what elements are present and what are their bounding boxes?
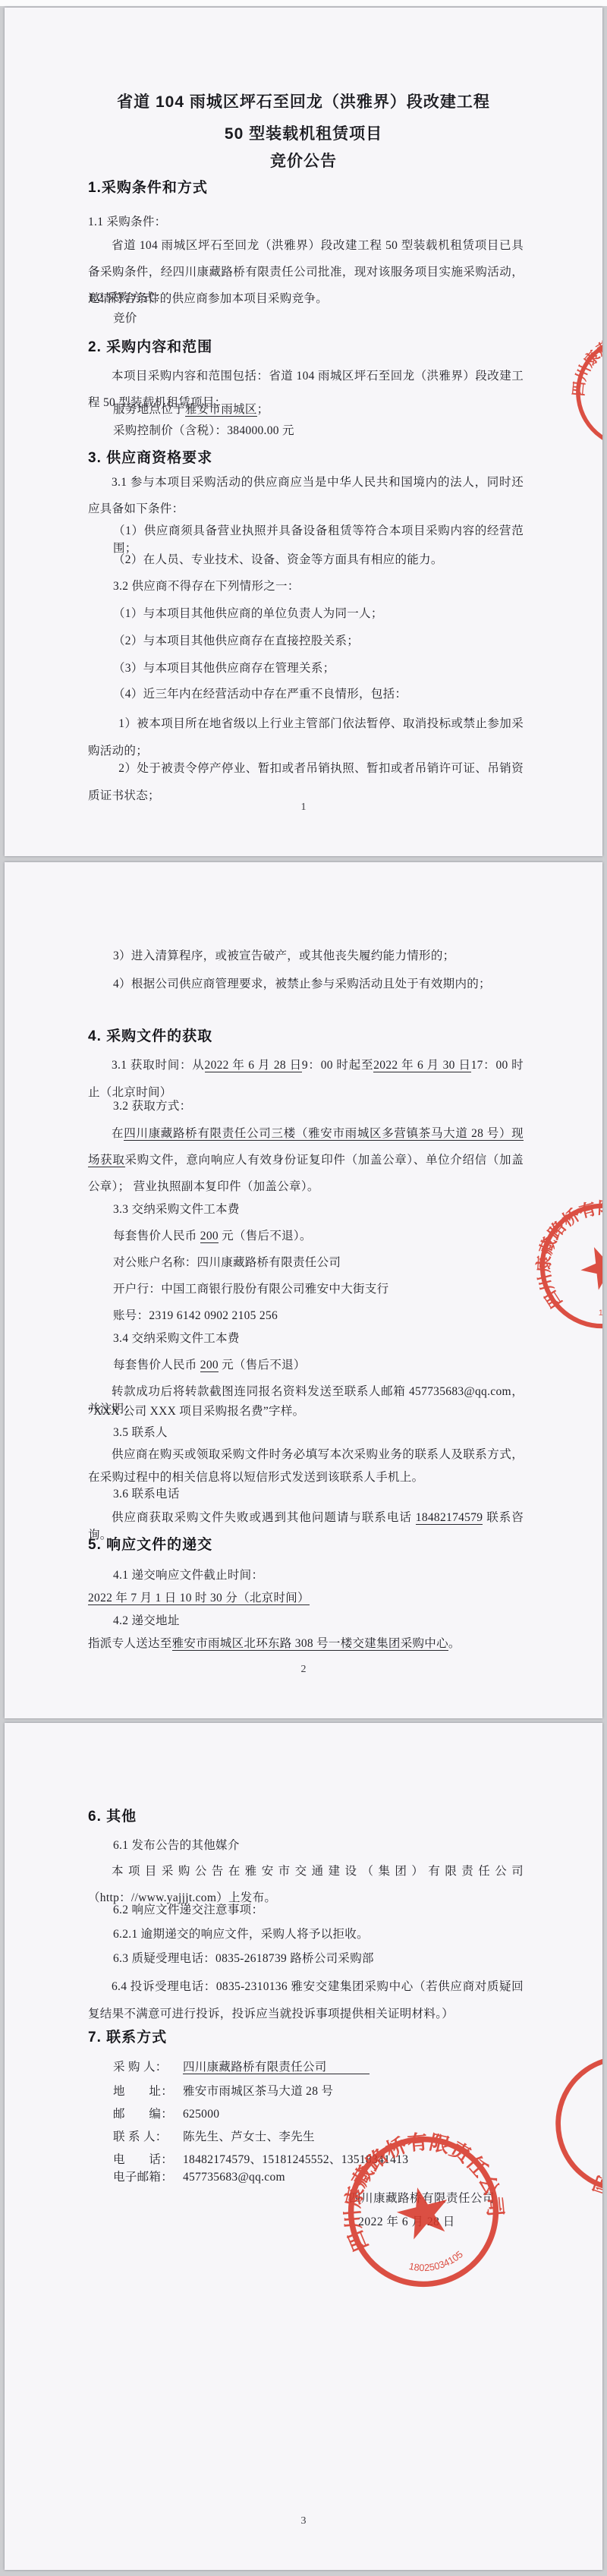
fee2-line: 每套售价人民币 200 元（售后不退） (88, 1356, 524, 1374)
section1-heading: 1.采购条件和方式 (88, 176, 521, 197)
signature-date: 2022 年 6 月 28 日 (293, 2212, 521, 2229)
obtain-time-start-date: 2022 年 6 月 28 日 (205, 1059, 302, 1072)
obtain-time-prefix: 3.1 获取时间：从 (112, 1059, 205, 1072)
section7-heading: 7. 联系方式 (88, 2026, 521, 2046)
svg-text:四川康藏路桥有限责任公司: 四川康藏路桥有限责任公司 (590, 2046, 602, 2208)
svg-text:四川康藏路桥有限责任公司: 四川康藏路桥有限责任公司 (568, 320, 602, 424)
section4-6-label: 3.6 联系电话 (88, 1485, 524, 1503)
late-submission-line: 6.2.1 逾期递交的响应文件，采购人将予以拒收。 (88, 1926, 524, 1943)
section5-heading: 5. 响应文件的递交 (88, 1533, 521, 1554)
seal-company-arc-text: 四川康藏路桥有限责任公司 (590, 2046, 602, 2208)
forbidden-case3: （3）与本项目其他供应商存在管理关系； (88, 660, 524, 677)
zip-value: 625000 (183, 2108, 219, 2121)
fee1-line: 每套售价人民币 200 元（售后不退）。 (88, 1227, 524, 1245)
forbidden-case1: （1）与本项目其他供应商的单位负责人为同一人； (88, 605, 524, 622)
delivery-underlined: 雅安市雨城区北环东路 308 号一楼交建集团采购中心 (172, 1637, 448, 1651)
section4-5-label: 3.5 联系人 (88, 1424, 524, 1441)
section5-2-label: 4.2 递交地址 (88, 1612, 524, 1630)
company-seal-partial-page1: 四川康藏路桥有限责任公司 18025034105 (559, 320, 602, 465)
section6-1-label: 6.1 发布公告的其他媒介 (88, 1837, 524, 1854)
company-seal-partial-page2: 四川康藏路桥有限责任公司 18025034105 (514, 1178, 602, 1354)
seal-company-arc-text: 四川康藏路桥有限责任公司 (568, 320, 602, 424)
section6-2-label: 6.2 响应文件递交注意事项： (88, 1901, 524, 1919)
page1-number: 1 (5, 801, 602, 814)
forbidden-sub3: 3）进入清算程序，或被宣告破产，或其他丧失履约能力情形的； (88, 947, 524, 965)
seal-star-icon (574, 1239, 602, 1294)
obtain-method-suffix: 采购文件，意向响应人有效身份证复印件（加盖公章）、单位介绍信（加盖公章）； 营业… (88, 1154, 524, 1193)
section4-3-label: 3.3 交纳采购文件工本费 (88, 1201, 524, 1218)
phone-label: 电 话： (113, 2151, 183, 2168)
obtain-method-paragraph: 在四川康藏路桥有限责任公司三楼（雅安市雨城区多营镇茶马大道 28 号）现场获取采… (88, 1120, 524, 1200)
section4-heading: 4. 采购文件的获取 (88, 1025, 521, 1045)
fee2-suffix: 元（售后不退） (219, 1359, 306, 1371)
buyer-row: 采 购 人：四川康藏路桥有限责任公司 (88, 2058, 524, 2076)
delivery-prefix: 指派专人送达至 (88, 1637, 172, 1650)
forbidden-case4: （4）近三年内在经营活动中存在严重不良情形，包括： (88, 685, 524, 703)
doc-title-line3: 竞价公告 (5, 149, 602, 172)
phone-row: 电 话：18482174579、15181245552、13518341413 (88, 2151, 524, 2168)
forbidden-case2: （2）与本项目其他供应商存在直接控股关系； (88, 632, 524, 650)
section1-2-label: 1.2 采购方式： (88, 289, 524, 307)
delivery-address-line: 指派专人送达至雅安市雨城区北环东路 308 号一楼交建集团采购中心。 (88, 1635, 524, 1652)
fee1-prefix: 每套售价人民币 (113, 1230, 200, 1242)
seal-company-arc-text: 四川康藏路桥有限责任公司 (514, 1178, 602, 1312)
contact-row: 联 系 人：陈先生、芦女士、李先生 (88, 2128, 524, 2146)
email-value: 457735683@qq.com (183, 2171, 285, 2184)
address-row: 地 址：雅安市雨城区茶马大道 28 号 (88, 2083, 524, 2100)
doc-title-line2: 50 型装载机租赁项目 (5, 121, 602, 144)
service-location-line: 服务地点位于雅安市雨城区； (88, 401, 524, 418)
document-page-1: 省道 104 雨城区坪石至回龙（洪雅界）段改建工程 50 型装载机租赁项目 竞价… (5, 8, 602, 856)
email-row: 电子邮箱：457735683@qq.com (88, 2168, 524, 2186)
obtain-time-end-date: 2022 年 6 月 30 日 (373, 1059, 470, 1072)
svg-text:18025034105: 18025034105 (595, 1290, 602, 1323)
svg-text:四川康藏路桥有限责任公司: 四川康藏路桥有限责任公司 (514, 1178, 602, 1312)
fee1-amount: 200 (200, 1230, 219, 1243)
page2-number: 2 (5, 1664, 602, 1676)
document-page-3: 6. 其他 6.1 发布公告的其他媒介 本项目采购公告在雅安市交通建设（集团）有… (5, 1723, 602, 2570)
qualification-cond2: （2）在人员、专业技术、设备、资金等方面具有相应的能力。 (88, 551, 524, 568)
account-number-line: 账号：2319 6142 0902 2105 256 (88, 1307, 524, 1324)
forbidden-sub4: 4）根据公司供应商管理要求，被禁止参与采购活动且处于有效期内的； (88, 975, 524, 993)
buyer-label: 采 购 人： (113, 2058, 183, 2076)
svg-text:18025034105: 18025034105 (405, 2247, 467, 2278)
address-value: 雅安市雨城区茶马大道 28 号 (183, 2085, 333, 2098)
page3-number: 3 (5, 2515, 602, 2527)
section2-heading: 2. 采购内容和范围 (88, 335, 521, 356)
seal-number-arc-text: 18025034105 (599, 420, 602, 443)
fee1-suffix: 元（售后不退）。 (219, 1230, 312, 1242)
seal-number-arc-text: 18025034105 (405, 2247, 467, 2278)
delivery-suffix: 。 (448, 1637, 461, 1650)
scan-top-strip (0, 0, 607, 6)
zip-label: 邮 编： (113, 2105, 183, 2123)
buyer-value: 四川康藏路桥有限责任公司 (183, 2061, 370, 2074)
section6-heading: 6. 其他 (88, 1805, 521, 1825)
doc-title-line1: 省道 104 雨城区坪石至回龙（洪雅界）段改建工程 (5, 90, 602, 112)
help-phone-number: 18482174579 (416, 1511, 483, 1525)
address-label: 地 址： (113, 2083, 183, 2100)
obtain-method-prefix: 在 (112, 1127, 124, 1140)
transfer-note-line2: “XXX 公司 XXX 项目采购报名费”字样。 (88, 1403, 524, 1420)
phone-value: 18482174579、15181245552、13518341413 (183, 2153, 408, 2166)
section1-1-label: 1.1 采购条件： (88, 213, 524, 231)
service-location-suffix: ； (257, 403, 269, 416)
deadline-line: 2022 年 7 月 1 日 10 时 30 分（北京时间） (88, 1589, 524, 1607)
seal-number-arc-text: 18025034105 (595, 1290, 602, 1323)
service-location-underlined: 雅安市雨城区 (185, 403, 257, 417)
control-price-line: 采购控制价（含税）：384000.00 元 (88, 422, 524, 439)
bank-line: 开户行：中国工商银行股份有限公司雅安中大街支行 (88, 1280, 524, 1298)
deadline-value: 2022 年 7 月 1 日 10 时 30 分（北京时间） (88, 1592, 310, 1605)
section3-1-paragraph: 3.1 参与本项目采购活动的供应商应当是中华人民共和国境内的法人，同时还应具备如… (88, 469, 524, 522)
contact-value: 陈先生、芦女士、李先生 (183, 2130, 315, 2143)
email-label: 电子邮箱： (113, 2168, 183, 2186)
contact-label: 联 系 人： (113, 2128, 183, 2146)
zip-row: 邮 编：625000 (88, 2105, 524, 2123)
fee2-amount: 200 (200, 1359, 219, 1372)
svg-text:18025034105: 18025034105 (599, 420, 602, 443)
section3-heading: 3. 供应商资格要求 (88, 446, 521, 467)
section3-2-label: 3.2 供应商不得存在下列情形之一： (88, 578, 524, 595)
section4-4-label: 3.4 交纳采购文件工本费 (88, 1330, 524, 1347)
company-seal-partial-page3: 四川康藏路桥有限责任公司 (539, 2039, 602, 2208)
fee2-prefix: 每套售价人民币 (113, 1359, 200, 1371)
document-page-2: 3）进入清算程序，或被宣告破产，或其他丧失履约能力情形的； 4）根据公司供应商管… (5, 862, 602, 1718)
account-name-line: 对公账户名称：四川康藏路桥有限责任公司 (88, 1254, 524, 1271)
service-location-prefix: 服务地点位于 (113, 403, 185, 416)
complaint-phone-paragraph: 6.4 投诉受理电话：0835-2310136 雅安交建集团采购中心（若供应商对… (88, 1973, 524, 2028)
help-phone-prefix: 供应商获取采购文件失败或遇到其他问题请与联系电话 (112, 1511, 416, 1524)
contact-person-paragraph: 供应商在购买或领取采购文件时务必填写本次采购业务的联系人及联系方式，在采购过程中… (88, 1444, 524, 1489)
section4-2-label: 3.2 获取方式： (88, 1097, 524, 1115)
obtain-time-mid: 9：00 时起至 (302, 1059, 373, 1072)
query-phone-line: 6.3 质疑受理电话：0835-2618739 路桥公司采购部 (88, 1950, 524, 1967)
signature-company: 四川康藏路桥有限责任公司 (308, 2189, 536, 2206)
section5-1-label: 4.1 递交响应文件截止时间： (88, 1567, 524, 1584)
procurement-method-value: 竞价 (88, 310, 524, 327)
